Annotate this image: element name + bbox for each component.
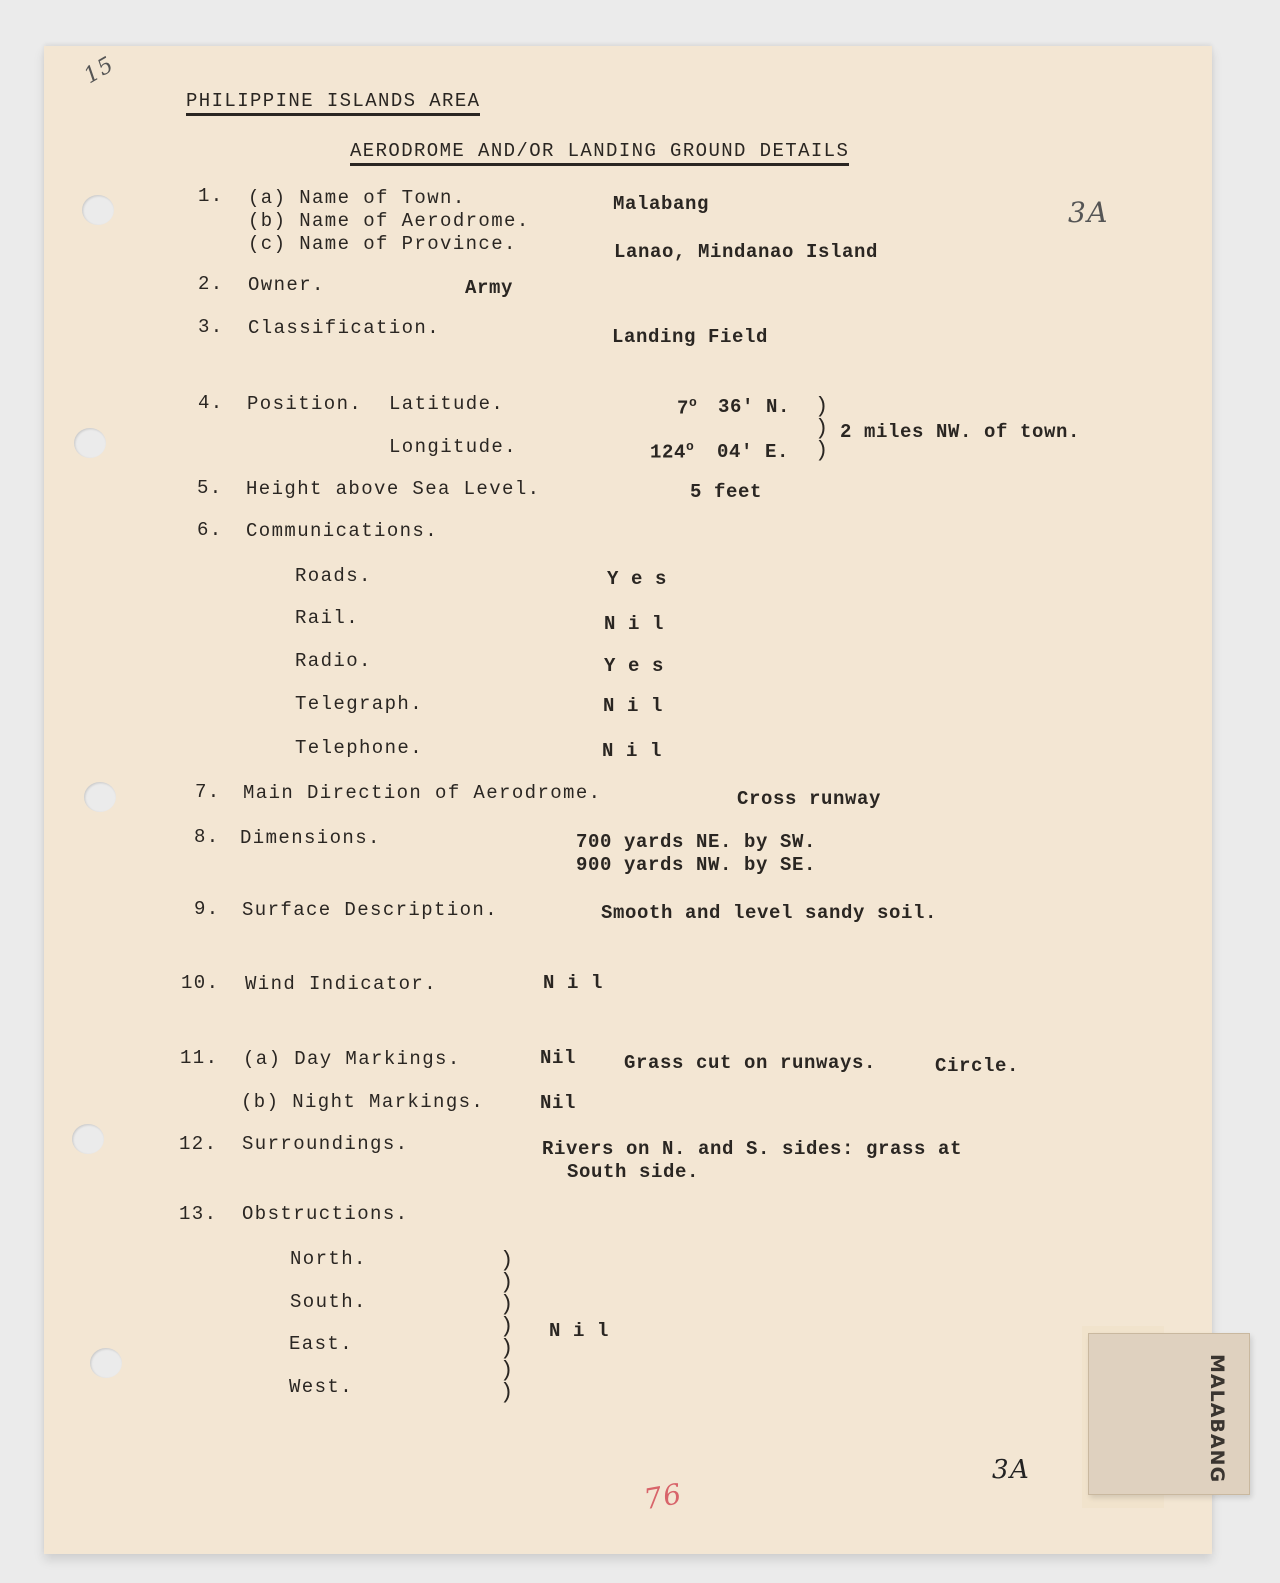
- day-markings-note: Grass cut on runways.: [624, 1052, 876, 1074]
- index-tab-label: MALABANG: [1206, 1354, 1228, 1483]
- item-7-number: 7.: [195, 781, 221, 803]
- latitude-minutes: 36' N.: [718, 396, 790, 418]
- degree-symbol: o: [689, 395, 697, 410]
- latitude-label: Latitude.: [389, 393, 504, 415]
- position-note: 2 miles NW. of town.: [840, 421, 1080, 443]
- night-markings-label: (b) Night Markings.: [241, 1091, 484, 1113]
- longitude-label: Longitude.: [389, 436, 517, 458]
- direction-value: Cross runway: [737, 788, 881, 810]
- binder-hole: [74, 428, 106, 458]
- item-1a-label: (a) Name of Town.: [248, 187, 466, 209]
- item-8-number: 8.: [194, 826, 220, 848]
- owner-value: Army: [465, 277, 513, 299]
- dimensions-label: Dimensions.: [240, 827, 381, 849]
- item-1b-label: (b) Name of Aerodrome.: [248, 210, 530, 232]
- document-title: AERODROME AND/OR LANDING GROUND DETAILS: [350, 140, 849, 166]
- latitude-degree-value: 7: [677, 397, 689, 419]
- handwritten-red-number: 76: [641, 1477, 685, 1516]
- binder-hole: [90, 1348, 122, 1378]
- wind-indicator-label: Wind Indicator.: [245, 973, 437, 995]
- night-markings-value: Nil: [540, 1092, 576, 1114]
- position-bracket: ) ) ): [815, 396, 828, 462]
- handwritten-code-bottom: 3A: [992, 1455, 1030, 1485]
- obstruction-north-label: North.: [290, 1248, 367, 1270]
- area-heading: PHILIPPINE ISLANDS AREA: [186, 90, 480, 116]
- surface-value: Smooth and level sandy soil.: [601, 902, 937, 924]
- surface-label: Surface Description.: [242, 899, 498, 921]
- direction-label: Main Direction of Aerodrome.: [243, 782, 601, 804]
- longitude-degrees: 124o: [650, 439, 694, 463]
- item-4-number: 4.: [198, 392, 224, 414]
- degree-symbol: o: [686, 439, 694, 454]
- item-13-number: 13.: [179, 1203, 217, 1225]
- comm-telephone-label: Telephone.: [295, 737, 423, 759]
- dimensions-line-1: 700 yards NE. by SW.: [576, 831, 816, 853]
- obstruction-west-label: West.: [289, 1376, 353, 1398]
- item-6-number: 6.: [197, 519, 223, 541]
- item-1c-label: (c) Name of Province.: [248, 233, 517, 255]
- comm-roads-value: Y e s: [607, 568, 667, 590]
- town-value: Malabang: [613, 193, 709, 215]
- day-markings-label: (a) Day Markings.: [243, 1048, 461, 1070]
- longitude-degree-value: 124: [650, 441, 686, 463]
- latitude-degrees: 7o: [677, 395, 697, 419]
- item-12-number: 12.: [179, 1133, 217, 1155]
- item-1-number: 1.: [198, 185, 224, 207]
- comm-rail-value: N i l: [604, 613, 664, 635]
- comm-radio-value: Y e s: [604, 655, 664, 677]
- comm-telephone-value: N i l: [602, 740, 662, 762]
- owner-label: Owner.: [248, 274, 325, 296]
- communications-label: Communications.: [246, 520, 438, 542]
- obstructions-label: Obstructions.: [242, 1203, 408, 1225]
- binder-hole: [72, 1124, 104, 1154]
- height-label: Height above Sea Level.: [246, 478, 540, 500]
- binder-hole: [82, 195, 114, 225]
- comm-radio-label: Radio.: [295, 650, 372, 672]
- item-5-number: 5.: [197, 477, 223, 499]
- obstructions-value: N i l: [549, 1320, 609, 1342]
- item-2-number: 2.: [198, 273, 224, 295]
- binder-hole: [84, 782, 116, 812]
- obstructions-bracket: ) ) ) ) ) ) ): [500, 1250, 513, 1404]
- surroundings-line-2: South side.: [567, 1161, 699, 1183]
- surroundings-line-1: Rivers on N. and S. sides: grass at: [542, 1138, 962, 1160]
- obstruction-east-label: East.: [289, 1333, 353, 1355]
- classification-value: Landing Field: [612, 326, 768, 348]
- surroundings-label: Surroundings.: [242, 1133, 408, 1155]
- comm-rail-label: Rail.: [295, 607, 359, 629]
- handwritten-code-top: 3A: [1068, 196, 1109, 229]
- day-markings-value: Nil: [540, 1047, 576, 1069]
- longitude-minutes: 04' E.: [717, 441, 789, 463]
- comm-telegraph-value: N i l: [603, 695, 663, 717]
- wind-indicator-value: N i l: [543, 972, 603, 994]
- position-label: Position.: [247, 393, 362, 415]
- comm-roads-label: Roads.: [295, 565, 372, 587]
- classification-label: Classification.: [248, 317, 440, 339]
- obstruction-south-label: South.: [290, 1291, 367, 1313]
- item-11-number: 11.: [180, 1047, 218, 1069]
- item-3-number: 3.: [198, 316, 224, 338]
- item-10-number: 10.: [181, 972, 219, 994]
- height-value: 5 feet: [690, 481, 762, 503]
- comm-telegraph-label: Telegraph.: [295, 693, 423, 715]
- day-markings-note-2: Circle.: [935, 1055, 1019, 1077]
- item-9-number: 9.: [194, 898, 220, 920]
- province-value: Lanao, Mindanao Island: [614, 241, 878, 263]
- dimensions-line-2: 900 yards NW. by SE.: [576, 854, 816, 876]
